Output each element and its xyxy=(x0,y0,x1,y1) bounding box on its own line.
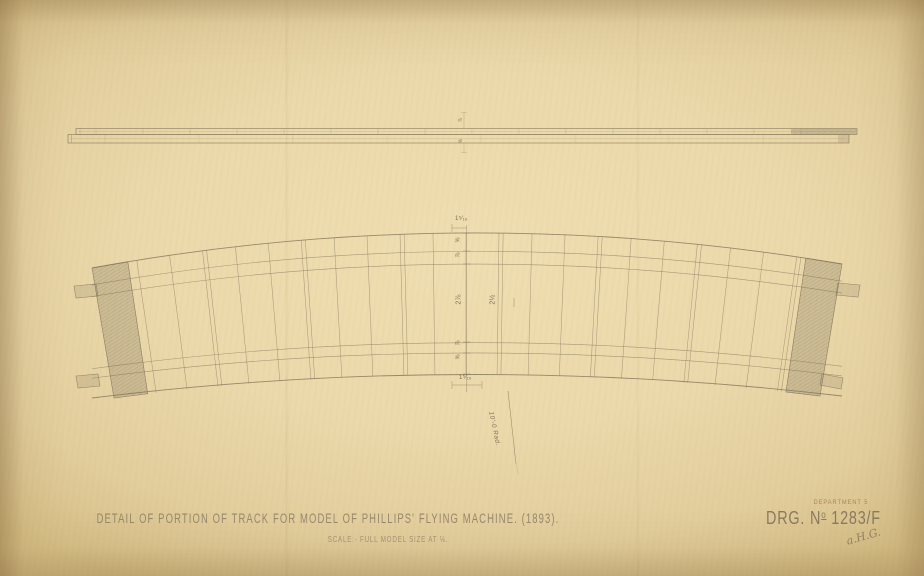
dim-label-plan-bottom-width: 1⁵⁄₁₆ xyxy=(459,375,472,381)
dim-label-mid-right: 2½ xyxy=(490,294,497,304)
dim-label-seg4: ⅝ xyxy=(456,354,462,359)
scale-note: SCALE:- FULL MODEL SIZE AT ⅛. xyxy=(328,535,448,544)
department-stamp: DEPARTMENT 5 xyxy=(814,500,869,506)
dim-label-seg2: ⅞ xyxy=(456,252,462,257)
dim-label-elevation-bottom: ⅝ xyxy=(458,139,464,143)
plan-view xyxy=(74,233,860,398)
drawing-number-superscript: o xyxy=(821,510,826,521)
drawing-number: DRG. No 1283/F xyxy=(766,508,881,529)
drawing-number-value: 1283/F xyxy=(831,508,881,528)
dim-label-seg3: ⅞ xyxy=(456,340,462,345)
track-drawing-svg xyxy=(0,0,924,576)
dimension-lines xyxy=(452,224,519,474)
dim-label-plan-top-width: 1⁵⁄₁₆ xyxy=(455,216,468,222)
dim-label-mid-left: 2⅞ xyxy=(456,294,463,304)
drawing-number-prefix: DRG. N xyxy=(766,508,821,528)
drawing-title: DETAIL OF PORTION OF TRACK FOR MODEL OF … xyxy=(97,511,560,526)
dim-label-seg1: ⅝ xyxy=(456,237,462,242)
drawing-sheet: 1⁵⁄₁₆ ⅝ ⅞ 2⅞ 2½ ⅞ ⅝ 1⁵⁄₁₆ 10'-0 Rad. ⅞ ⅝… xyxy=(0,0,924,576)
dim-label-elevation-top: ⅞ xyxy=(458,118,464,122)
